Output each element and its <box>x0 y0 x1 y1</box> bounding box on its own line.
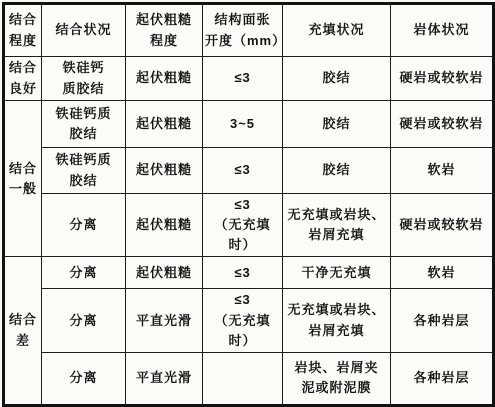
cell-bond: 分离 <box>42 257 126 289</box>
column-header-roughness: 起伏粗糙 程度 <box>126 4 203 57</box>
cell-rock: 硬岩或较软岩 <box>391 194 494 257</box>
cell-filling: 胶结 <box>283 57 391 101</box>
cell-roughness: 起伏粗糙 <box>126 257 203 289</box>
cell-filling: 岩块、岩屑夹 泥或附泥膜 <box>283 352 391 405</box>
cell-aperture: ≤3 （无充填时） <box>203 194 283 257</box>
cell-aperture: ≤3 <box>203 257 283 289</box>
cell-bond: 铁硅钙质 胶结 <box>42 148 126 194</box>
group-cell-fair: 结合 一般 <box>4 101 42 257</box>
cell-roughness: 起伏粗糙 <box>126 57 203 101</box>
cell-aperture: 3~5 <box>203 101 283 148</box>
cell-rock: 各种岩层 <box>391 289 494 352</box>
cell-filling: 干净无充填 <box>283 257 391 289</box>
column-header-bond-state: 结合状况 <box>42 4 126 57</box>
table-row: 铁硅钙质 胶结 起伏粗糙 ≤3 胶结 软岩 <box>4 148 494 194</box>
table-row: 分离 平直光滑 ≤3 （无充填时） 无充填或岩块、 岩屑充填 各种岩层 <box>4 289 494 352</box>
cell-roughness: 平直光滑 <box>126 352 203 405</box>
cell-roughness: 起伏粗糙 <box>126 194 203 257</box>
cell-rock: 软岩 <box>391 257 494 289</box>
table-row: 结合 一般 铁硅钙质 胶结 起伏粗糙 3~5 胶结 硬岩或较软岩 <box>4 101 494 148</box>
header-row: 结合 程度 结合状况 起伏粗糙 程度 结构面张 开度（mm） 充填状况 岩体状况 <box>4 4 494 57</box>
cell-filling: 无充填或岩块、 岩屑充填 <box>283 194 391 257</box>
column-header-aperture: 结构面张 开度（mm） <box>203 4 283 57</box>
cell-roughness: 起伏粗糙 <box>126 101 203 148</box>
cell-rock: 硬岩或较软岩 <box>391 57 494 101</box>
cell-roughness: 起伏粗糙 <box>126 148 203 194</box>
cell-roughness: 平直光滑 <box>126 289 203 352</box>
cell-aperture: ≤3 <box>203 57 283 101</box>
cell-bond: 铁硅钙质 胶结 <box>42 101 126 148</box>
cell-bond: 分离 <box>42 289 126 352</box>
cell-rock: 各种岩层 <box>391 352 494 405</box>
cell-bond: 分离 <box>42 194 126 257</box>
cell-rock: 硬岩或较软岩 <box>391 101 494 148</box>
table-row: 结合 差 分离 起伏粗糙 ≤3 干净无充填 软岩 <box>4 257 494 289</box>
group-cell-poor: 结合 差 <box>4 257 42 405</box>
cell-filling: 胶结 <box>283 148 391 194</box>
cell-filling: 胶结 <box>283 101 391 148</box>
column-header-rock-mass: 岩体状况 <box>391 4 494 57</box>
cell-bond: 铁硅钙 质胶结 <box>42 57 126 101</box>
cell-bond: 分离 <box>42 352 126 405</box>
column-header-bond-degree: 结合 程度 <box>4 4 42 57</box>
cell-rock: 软岩 <box>391 148 494 194</box>
cell-aperture: ≤3 （无充填时） <box>203 289 283 352</box>
cell-aperture <box>203 352 283 405</box>
cell-aperture: ≤3 <box>203 148 283 194</box>
table-row: 结合 良好 铁硅钙 质胶结 起伏粗糙 ≤3 胶结 硬岩或较软岩 <box>4 57 494 101</box>
column-header-filling: 充填状况 <box>283 4 391 57</box>
cell-filling: 无充填或岩块、 岩屑充填 <box>283 289 391 352</box>
group-cell-good: 结合 良好 <box>4 57 42 101</box>
scanned-page: 结合 程度 结合状况 起伏粗糙 程度 结构面张 开度（mm） 充填状况 岩体状况… <box>0 0 495 377</box>
bonding-classification-table: 结合 程度 结合状况 起伏粗糙 程度 结构面张 开度（mm） 充填状况 岩体状况… <box>2 2 495 407</box>
table-row: 分离 起伏粗糙 ≤3 （无充填时） 无充填或岩块、 岩屑充填 硬岩或较软岩 <box>4 194 494 257</box>
table-row: 分离 平直光滑 岩块、岩屑夹 泥或附泥膜 各种岩层 <box>4 352 494 405</box>
